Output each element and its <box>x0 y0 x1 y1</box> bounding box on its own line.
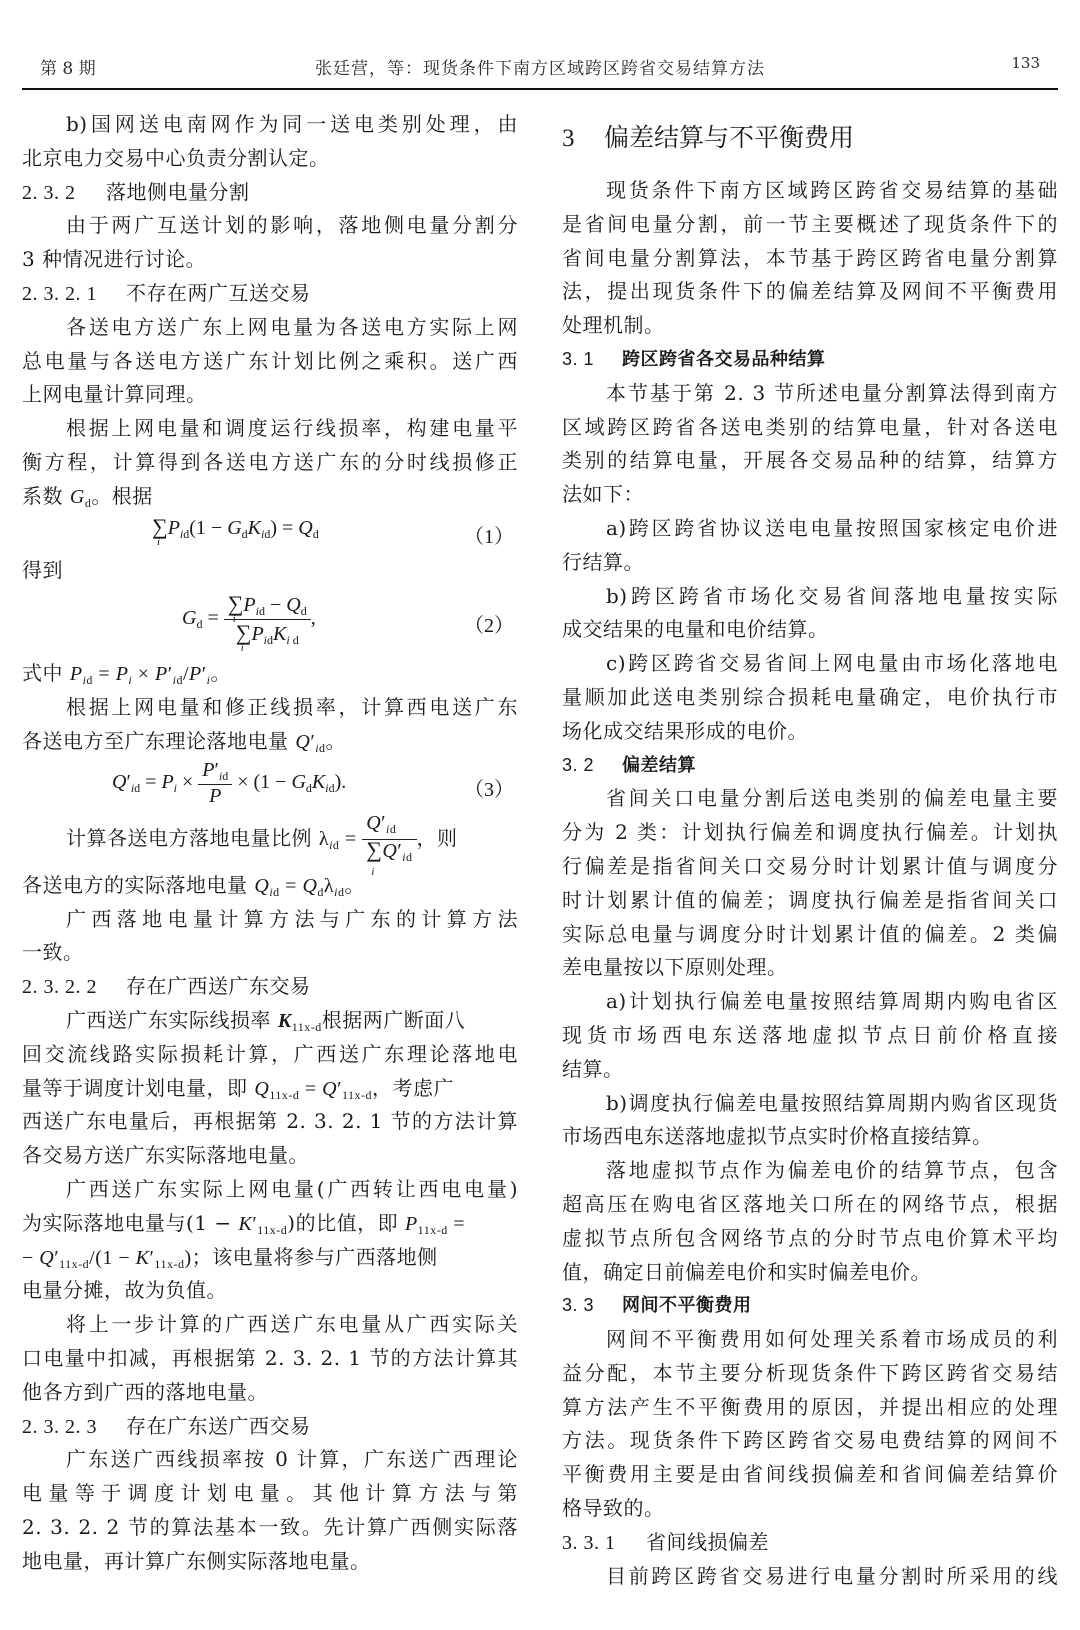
running-title: 张廷营，等：现货条件下南方区域跨区跨省交易结算方法 <box>22 54 1058 79</box>
section-heading-3-3: 3. 3网间不平衡费用 <box>562 1289 1058 1323</box>
paragraph-line: 平衡费用主要是由省间线损偏差和省间偏差结算价 <box>562 1458 1058 1492</box>
paragraph-line: 为实际落地电量与(1 − K′11x-d)的比值，即 P11x-d = <box>22 1207 518 1241</box>
paragraph-line: 市场西电东送落地虚拟节点实时价格直接结算。 <box>562 1120 1058 1154</box>
paragraph-line: 分为 2 类：计划执行偏差和调度执行偏差。计划执 <box>562 816 1058 850</box>
paragraph-line: 西送广东电量后，再根据第 2. 3. 2. 1 节的方法计算 <box>22 1105 518 1139</box>
paragraph-line: 网间不平衡费用如何处理关系着市场成员的利 <box>562 1323 1058 1357</box>
paragraph-line: 结算。 <box>562 1053 1058 1087</box>
section-heading-3-3-1: 3. 3. 1省间线损偏差 <box>562 1526 1058 1560</box>
paragraph-line: 量等于调度计划电量，即 Q11x-d = Q′11x-d，考虑广 <box>22 1072 518 1106</box>
list-item-b: b)调度执行偏差电量按照结算周期内购省区现货 <box>562 1087 1058 1121</box>
paragraph-line: 是省间电量分割，前一节主要概述了现货条件下的 <box>562 208 1058 242</box>
paragraph-line: 地电量，再计算广东侧实际落地电量。 <box>22 1545 518 1579</box>
header-rule <box>22 88 1058 90</box>
section-heading-2-3-2-2: 2. 3. 2. 2存在广西送广东交易 <box>22 970 518 1004</box>
paragraph-line: 北京电力交易中心负责分割认定。 <box>22 142 518 176</box>
paragraph-line: 时计划累计值的偏差；调度执行偏差是指省间关口 <box>562 884 1058 918</box>
paragraph-line: 省间关口电量分割后送电类别的偏差电量主要 <box>562 782 1058 816</box>
equation-3: Q′id = Pi × P′idP × (1 − GdKid). （3） <box>22 759 518 813</box>
paragraph-line: 差电量按以下原则处理。 <box>562 951 1058 985</box>
paragraph-line: 省间电量分割算法，本节基于跨区跨省电量分割算 <box>562 242 1058 276</box>
paragraph-line: 各送电方送广东上网电量为各送电方实际上网 <box>22 311 518 345</box>
paragraph-line: 处理机制。 <box>562 309 1058 343</box>
paragraph-line: 总电量与各送电方送广东计划比例之乘积。送广西 <box>22 345 518 379</box>
paragraph-line: 现货市场西电东送落地虚拟节点日前价格直接 <box>562 1019 1058 1053</box>
paragraph-line: 各交易方送广东实际落地电量。 <box>22 1139 518 1173</box>
paragraph-line: 法如下： <box>562 478 1058 512</box>
paragraph-line: 法，提出现货条件下的偏差结算及网间不平衡费用 <box>562 275 1058 309</box>
paragraph-line: 广西送广东实际线损率 K11x-d根据两广断面八 <box>22 1004 518 1038</box>
section-heading-2-3-2-3: 2. 3. 2. 3存在广东送广西交易 <box>22 1410 518 1444</box>
paragraph-line: 一致。 <box>22 936 518 970</box>
paragraph-line: 区域跨区跨省各送电类别的结算电量，针对各送电 <box>562 411 1058 445</box>
right-column: 3偏差结算与不平衡费用 现货条件下南方区域跨区跨省交易结算的基础 是省间电量分割… <box>562 108 1058 1593</box>
paragraph-line: 目前跨区跨省交易进行电量分割时所采用的线 <box>562 1560 1058 1594</box>
list-item-a: a)跨区跨省协议送电电量按照国家核定电价进 <box>562 512 1058 546</box>
paragraph-line: 回交流线路实际损耗计算，广西送广东理论落地电 <box>22 1038 518 1072</box>
equation-number: （2） <box>464 609 514 638</box>
section-heading-2-3-2: 2. 3. 2落地侧电量分割 <box>22 176 518 210</box>
paragraph-line: 格导致的。 <box>562 1492 1058 1526</box>
paragraph-line: 成交结果的电量和电价结算。 <box>562 613 1058 647</box>
paragraph-line: 将上一步计算的广西送广东电量从广西实际关 <box>22 1308 518 1342</box>
paragraph-line: 由于两广互送计划的影响，落地侧电量分割分 <box>22 209 518 243</box>
paragraph-line: 量顺加此送电类别综合损耗电量确定，电价执行市 <box>562 681 1058 715</box>
paragraph-line: 得到 <box>22 554 518 588</box>
paragraph-line: 他各方到广西的落地电量。 <box>22 1376 518 1410</box>
paragraph-line: 值，确定日前偏差电价和实时偏差电价。 <box>562 1256 1058 1290</box>
paragraph-line: 2. 3. 2. 2 节的算法基本一致。先计算广西侧实际落 <box>22 1511 518 1545</box>
paragraph-line: 3 种情况进行讨论。 <box>22 243 518 277</box>
paragraph-line: 行结算。 <box>562 546 1058 580</box>
equation-1: ∑iPid(1 − GdKid) = Qd （1） <box>22 514 518 554</box>
paragraph-line: 行偏差是指省间关口交易分时计划累计值与调度分 <box>562 850 1058 884</box>
paragraph-line: 各送电方的实际落地电量 Qid = Qdλid。 <box>22 869 518 903</box>
paragraph-line: 上网电量计算同理。 <box>22 378 518 412</box>
paragraph-line: 落地虚拟节点作为偏差电价的结算节点，包含 <box>562 1154 1058 1188</box>
paragraph-line: 电量分摊，故为负值。 <box>22 1274 518 1308</box>
paragraph-line: 类别的结算电量，开展各交易品种的结算，结算方 <box>562 444 1058 478</box>
running-header: 第 8 期 张廷营，等：现货条件下南方区域跨区跨省交易结算方法 133 <box>22 48 1058 84</box>
section-heading-3: 3偏差结算与不平衡费用 <box>562 108 1058 168</box>
paragraph-line: 式中 Pid = Pi × P′id/P′i。 <box>22 657 518 691</box>
paragraph-line: 计算各送电方落地电量比例 λid = Q′id∑iQ′id，则 <box>22 813 518 869</box>
list-item-c: c)跨区跨省交易省间上网电量由市场化落地电 <box>562 647 1058 681</box>
list-item-b: b)跨区跨省市场化交易省间落地电量按实际 <box>562 580 1058 614</box>
paragraph-line: 场化成交结果形成的电价。 <box>562 715 1058 749</box>
paragraph-line: 根据上网电量和修正线损率，计算西电送广东 <box>22 691 518 725</box>
equation-number: （1） <box>464 520 514 549</box>
section-heading-3-2: 3. 2偏差结算 <box>562 749 1058 783</box>
paragraph-line: 超高压在购电省区落地关口所在的网络节点，根据 <box>562 1188 1058 1222</box>
paragraph-line: 算方法产生不平衡费用的原因，并提出相应的处理 <box>562 1391 1058 1425</box>
paragraph-line: 系数 Gd。根据 <box>22 480 518 514</box>
page-number: 133 <box>1011 54 1040 72</box>
section-heading-3-1: 3. 1跨区跨省各交易品种结算 <box>562 343 1058 377</box>
paragraph-line: 各送电方至广东理论落地电量 Q′id。 <box>22 725 518 759</box>
equation-number: （3） <box>464 773 514 802</box>
paragraph-line: 广西送广东实际上网电量(广西转让西电电量) <box>22 1173 518 1207</box>
paragraph-line: 益分配，本节主要分析现货条件下跨区跨省交易结 <box>562 1357 1058 1391</box>
paragraph-line: 方法。现货条件下跨区跨省交易电费结算的网间不 <box>562 1424 1058 1458</box>
paragraph-line: b)国网送电南网作为同一送电类别处理，由 <box>22 108 518 142</box>
section-heading-2-3-2-1: 2. 3. 2. 1不存在两广互送交易 <box>22 277 518 311</box>
paragraph-line: 口电量中扣减，再根据第 2. 3. 2. 1 节的方法计算其 <box>22 1342 518 1376</box>
paragraph-line: 电量等于调度计划电量。其他计算方法与第 <box>22 1477 518 1511</box>
equation-2: Gd = ∑iPid − Qd ∑iPidKi d , （2） <box>22 587 518 657</box>
paragraph-line: 实际总电量与调度分时计划累计值的偏差。2 类偏 <box>562 918 1058 952</box>
paragraph-line: 广西落地电量计算方法与广东的计算方法 <box>22 903 518 937</box>
paragraph-line: 根据上网电量和调度运行线损率，构建电量平 <box>22 412 518 446</box>
paragraph-line: 广东送广西线损率按 0 计算，广东送广西理论 <box>22 1443 518 1477</box>
left-column: b)国网送电南网作为同一送电类别处理，由 北京电力交易中心负责分割认定。 2. … <box>22 108 518 1578</box>
paragraph-line: 衡方程，计算得到各送电方送广东的分时线损修正 <box>22 446 518 480</box>
paragraph-line: 虚拟节点所包含网络节点的分时节点电价算术平均 <box>562 1222 1058 1256</box>
paragraph-line: − Q′11x-d/(1 − K′11x-d)；该电量将参与广西落地侧 <box>22 1241 518 1275</box>
paragraph-line: 本节基于第 2. 3 节所述电量分割算法得到南方 <box>562 377 1058 411</box>
paragraph-line: 现货条件下南方区域跨区跨省交易结算的基础 <box>562 174 1058 208</box>
list-item-a: a)计划执行偏差电量按照结算周期内购电省区 <box>562 985 1058 1019</box>
